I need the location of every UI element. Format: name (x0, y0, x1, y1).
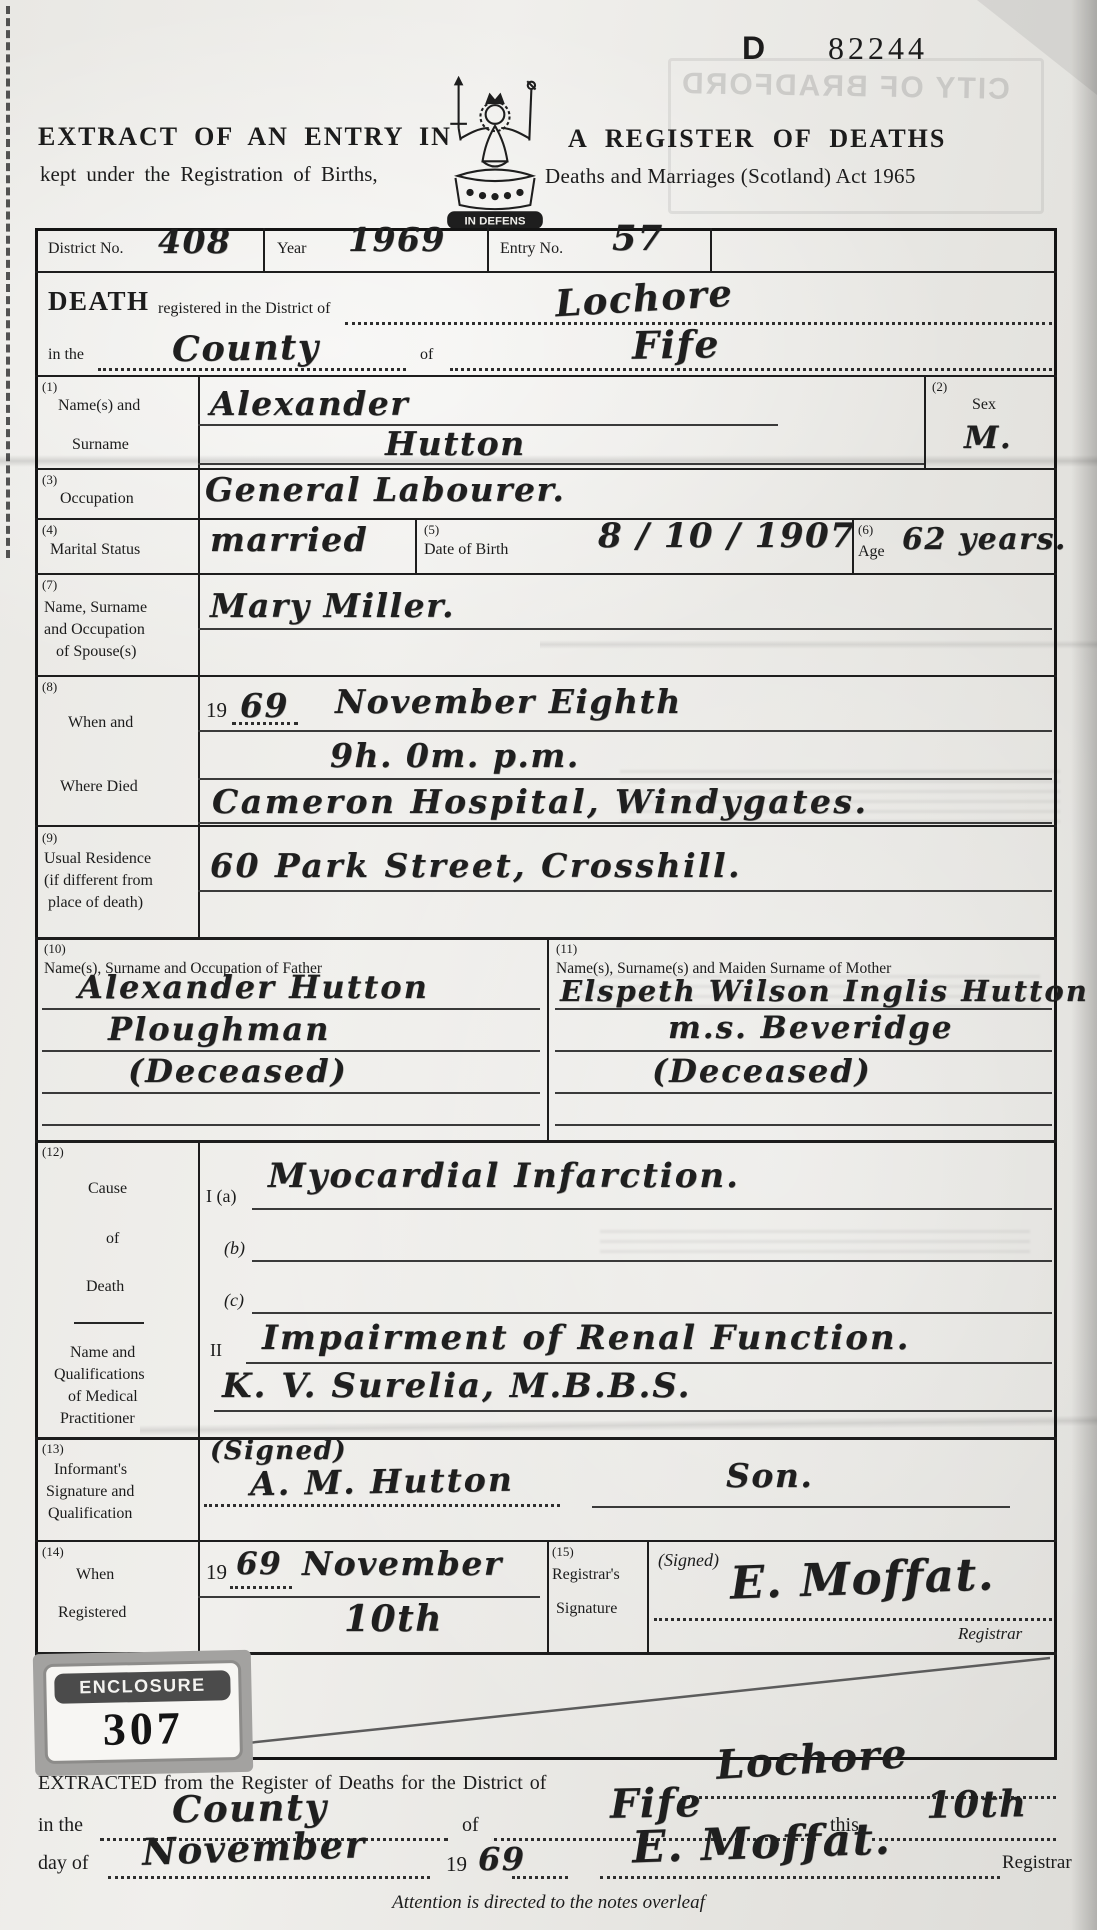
footer-in-the: in the (38, 1814, 83, 1837)
death-certificate-scan: CITY OF BRADFORD D 82244 (0, 0, 1097, 1930)
footer-registrar-label: Registrar (1002, 1852, 1072, 1874)
footer-note: Attention is directed to the notes overl… (0, 1892, 1097, 1914)
void-diagonal-line (0, 0, 1097, 1930)
footer-day-value: 10th (926, 1781, 1028, 1827)
enclosure-stamp: ENCLOSURE 307 (33, 1650, 253, 1776)
footer-day-of: day of (38, 1852, 89, 1875)
footer-month-value: November (141, 1822, 366, 1874)
footer-of: of (462, 1814, 479, 1837)
footer-year-written: 69 (478, 1840, 526, 1878)
enclosure-stamp-word: ENCLOSURE (54, 1670, 231, 1704)
footer-year-printed: 19 (446, 1852, 467, 1877)
footer-signature: E. Moffat. (631, 1813, 892, 1873)
enclosure-stamp-number: 307 (55, 1702, 232, 1756)
